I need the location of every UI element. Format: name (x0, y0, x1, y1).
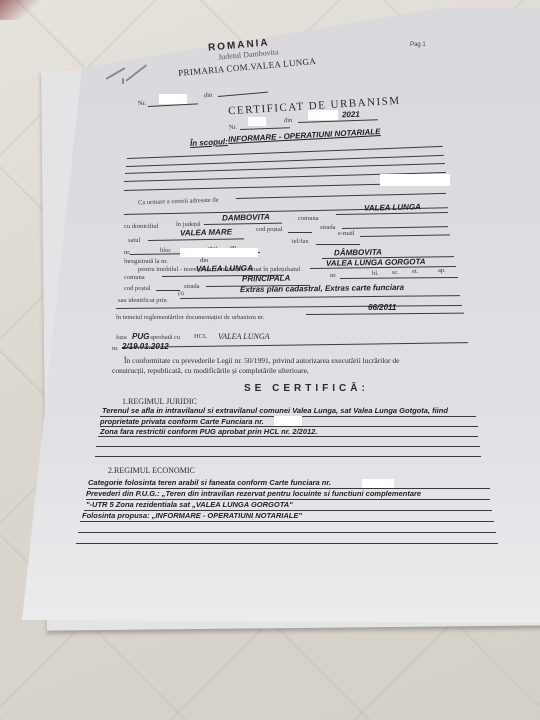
property-county: DÂMBOVITA (334, 248, 382, 258)
juridic-line-3: Zona fara restrictii conform PUG aprobat… (100, 427, 317, 436)
redacted-field (159, 94, 187, 104)
hcl-value: VALEA LUNGA (218, 332, 269, 341)
street-line (342, 226, 448, 229)
commune-label: comuna (298, 215, 319, 222)
property-street-label: strada (184, 283, 200, 290)
certificate-content: ROMANIA Judetul Dambovita PRIMARIA COM.V… (0, 0, 540, 720)
phone-line (316, 244, 360, 245)
hcl-label: HCL (194, 333, 207, 340)
email-line (360, 234, 450, 237)
phase-value: PUG (132, 332, 149, 341)
juridic-line-2: proprietate privata conform Carte Funcia… (100, 417, 264, 426)
registered-din-label: din (200, 257, 208, 264)
approved-label: aprobată cu (150, 334, 180, 341)
redacted-field (274, 416, 302, 426)
phase-label: faza (116, 334, 127, 341)
juridic-line-1: Terenul se afla in intravilanul si extra… (102, 406, 448, 415)
redacted-field (308, 110, 338, 120)
identified-line (180, 295, 460, 299)
staple-icon (125, 64, 147, 82)
economic-line-4: Folosinta propusa: „INFORMARE - OPERATIU… (82, 511, 302, 520)
property-sc-label: sc. (392, 269, 399, 276)
domicile-label: cu domiciliul (124, 223, 158, 230)
certificate-nr-line (240, 127, 290, 130)
postal-line (288, 232, 312, 233)
applicant-line (236, 193, 446, 199)
postal-label: cod poștal (256, 226, 283, 233)
county-line (204, 223, 282, 225)
blank-line (76, 543, 498, 544)
law-paragraph-line-1: În conformitate cu prevederile Legii nr.… (124, 356, 400, 365)
certificate-nr-label: Nr. (229, 124, 237, 131)
registration-din-label: din (204, 92, 213, 100)
phone-label: tel/fax (292, 238, 309, 245)
property-commune: VALEA LUNGA (196, 264, 253, 274)
staple-icon (122, 78, 124, 84)
village-line (148, 238, 244, 241)
section-title-juridic: 1.REGIMUL JURIDIC (122, 397, 197, 406)
header-authority: PRIMARIA COM.VALEA LUNGA (178, 56, 317, 78)
property-ap-label: ap. (438, 267, 446, 274)
property-postal-line (156, 290, 180, 291)
certificate-din-label: din (284, 117, 293, 124)
economic-line-3: "-UTR 5 Zona rezidentiala sat „VALEA LUN… (86, 500, 293, 509)
identified-value: Extras plan cadastral, Extras carte func… (240, 283, 404, 294)
purpose-label: În scopul: (190, 137, 228, 148)
request-label: Ca urmare a cererii adresate de (138, 197, 219, 207)
property-bl-label: bl. (372, 270, 379, 277)
economic-underline (80, 521, 494, 522)
blank-line (78, 532, 496, 533)
regulations-label: în temeiul reglementărilor documentației… (116, 314, 264, 321)
applicant-county: DAMBOVITA (222, 212, 270, 222)
certifies-heading: SE CERTIFICĂ: (244, 383, 369, 394)
registration-din-line (218, 92, 268, 97)
redacted-field (180, 248, 258, 257)
email-label: e-mail (338, 230, 355, 237)
identified-label: sau identificat prin (118, 297, 167, 304)
commune-line (336, 212, 448, 215)
property-commune-label: comuna (124, 274, 145, 281)
county-label: în județul (176, 221, 201, 228)
property-village-label: satul (288, 266, 300, 273)
law-paragraph-line-2: construcții, republicată, cu modificăril… (112, 366, 309, 375)
section-title-economic: 2.REGIMUL ECONOMIC (108, 466, 195, 475)
village-label: satul (128, 237, 140, 244)
blank-line (96, 446, 480, 447)
property-et-label: et. (412, 268, 418, 275)
property-nr-label: nr. (330, 272, 337, 279)
footnote-marker: (3) (178, 292, 184, 297)
blank-line (95, 456, 481, 457)
hcl-nr-label: nr. (112, 345, 119, 352)
property-details-line (340, 277, 458, 279)
redacted-field (248, 117, 266, 126)
applicant-village: VALEA MARE (180, 227, 232, 237)
registration-nr-label: Nr. (138, 100, 147, 108)
blank-line (116, 305, 462, 309)
regulations-line (306, 313, 464, 315)
certificate-year: 2021 (342, 110, 360, 120)
regulations-value: 66/2011 (368, 303, 396, 312)
juridic-underline (98, 436, 478, 437)
hcl-line (122, 342, 468, 348)
hcl-nr-value: 2/19.01.2012 (122, 342, 169, 351)
redacted-field (380, 174, 450, 186)
economic-line-1: Categorie folosinta teren arabil si fane… (88, 478, 331, 487)
page-number: Pag 1 (410, 42, 426, 48)
applicant-commune: VALEA LUNGA (364, 202, 421, 212)
street-label: strada (320, 224, 336, 231)
property-street: PRINCIPALA (242, 274, 290, 284)
registered-label: înregistrată la nr. (124, 258, 168, 265)
economic-line-2: Prevederi din P.U.G.: „Teren din intravi… (86, 489, 421, 498)
property-postal-label: cod poștal (124, 285, 151, 292)
